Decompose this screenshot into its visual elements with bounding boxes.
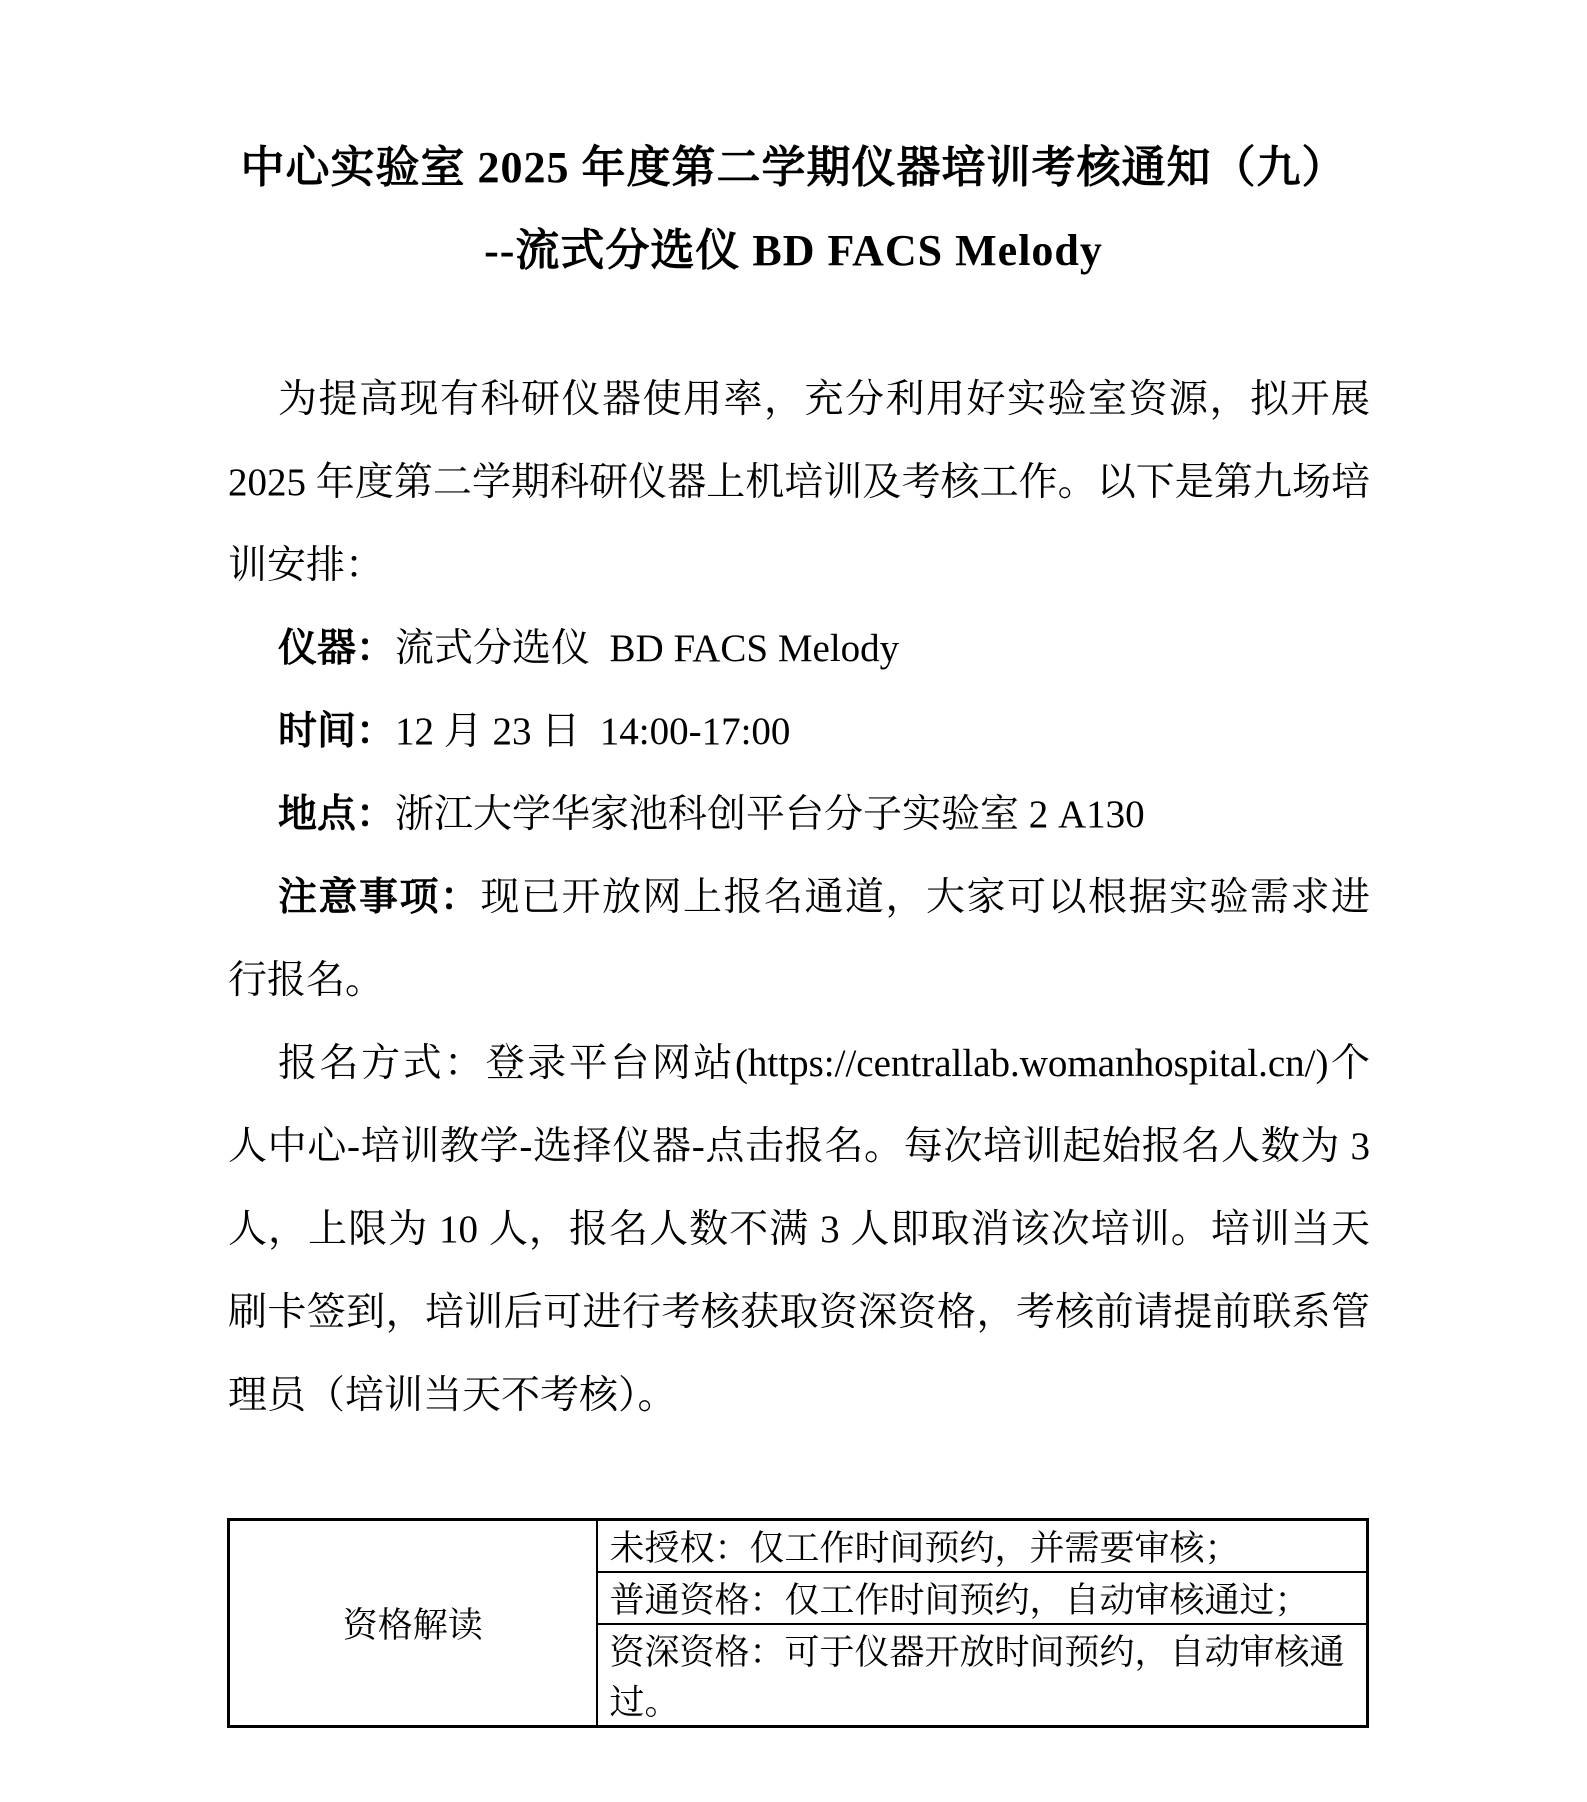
paragraph-notes: 注意事项：现已开放网上报名通道，大家可以根据实验需求进行报名。 (228, 856, 1370, 1022)
paragraph-instrument: 仪器：流式分选仪 BD FACS Melody (228, 607, 1370, 690)
qualification-row-1: 资格解读 未授权：仅工作时间预约，并需要审核； (229, 1520, 1368, 1573)
document-title: 中心实验室 2025 年度第二学期仪器培训考核通知（九） --流式分选仪 BD … (0, 126, 1587, 292)
qualification-cell-unauthorized: 未授权：仅工作时间预约，并需要审核； (597, 1520, 1368, 1573)
notes-label: 注意事项： (278, 876, 481, 919)
qualification-cell-ordinary: 普通资格：仅工作时间预约，自动审核通过； (597, 1572, 1368, 1624)
document-body: 为提高现有科研仪器使用率，充分利用好实验室资源，拟开展 2025 年度第二学期科… (228, 358, 1370, 1437)
document-page: 中心实验室 2025 年度第二学期仪器培训考核通知（九） --流式分选仪 BD … (0, 0, 1587, 1802)
instrument-value: 流式分选仪 BD FACS Melody (395, 627, 899, 670)
location-value: 浙江大学华家池科创平台分子实验室 2 A130 (395, 793, 1145, 836)
qualification-table-header-cell: 资格解读 (229, 1520, 597, 1727)
title-line-1: 中心实验室 2025 年度第二学期仪器培训考核通知（九） (0, 126, 1587, 209)
qualification-cell-senior: 资深资格：可于仪器开放时间预约，自动审核通过。 (597, 1624, 1368, 1727)
paragraph-registration: 报名方式：登录平台网站(https://centrallab.womanhosp… (228, 1022, 1370, 1437)
paragraph-time: 时间：12 月 23 日 14:00-17:00 (228, 690, 1370, 773)
paragraph-intro: 为提高现有科研仪器使用率，充分利用好实验室资源，拟开展 2025 年度第二学期科… (228, 358, 1370, 607)
title-line-2: --流式分选仪 BD FACS Melody (0, 209, 1587, 292)
qualification-table: 资格解读 未授权：仅工作时间预约，并需要审核； 普通资格：仅工作时间预约，自动审… (227, 1518, 1369, 1728)
time-label: 时间： (278, 710, 395, 753)
instrument-label: 仪器： (278, 627, 395, 670)
time-value: 12 月 23 日 14:00-17:00 (395, 710, 790, 753)
paragraph-location: 地点：浙江大学华家池科创平台分子实验室 2 A130 (228, 773, 1370, 856)
location-label: 地点： (278, 793, 395, 836)
